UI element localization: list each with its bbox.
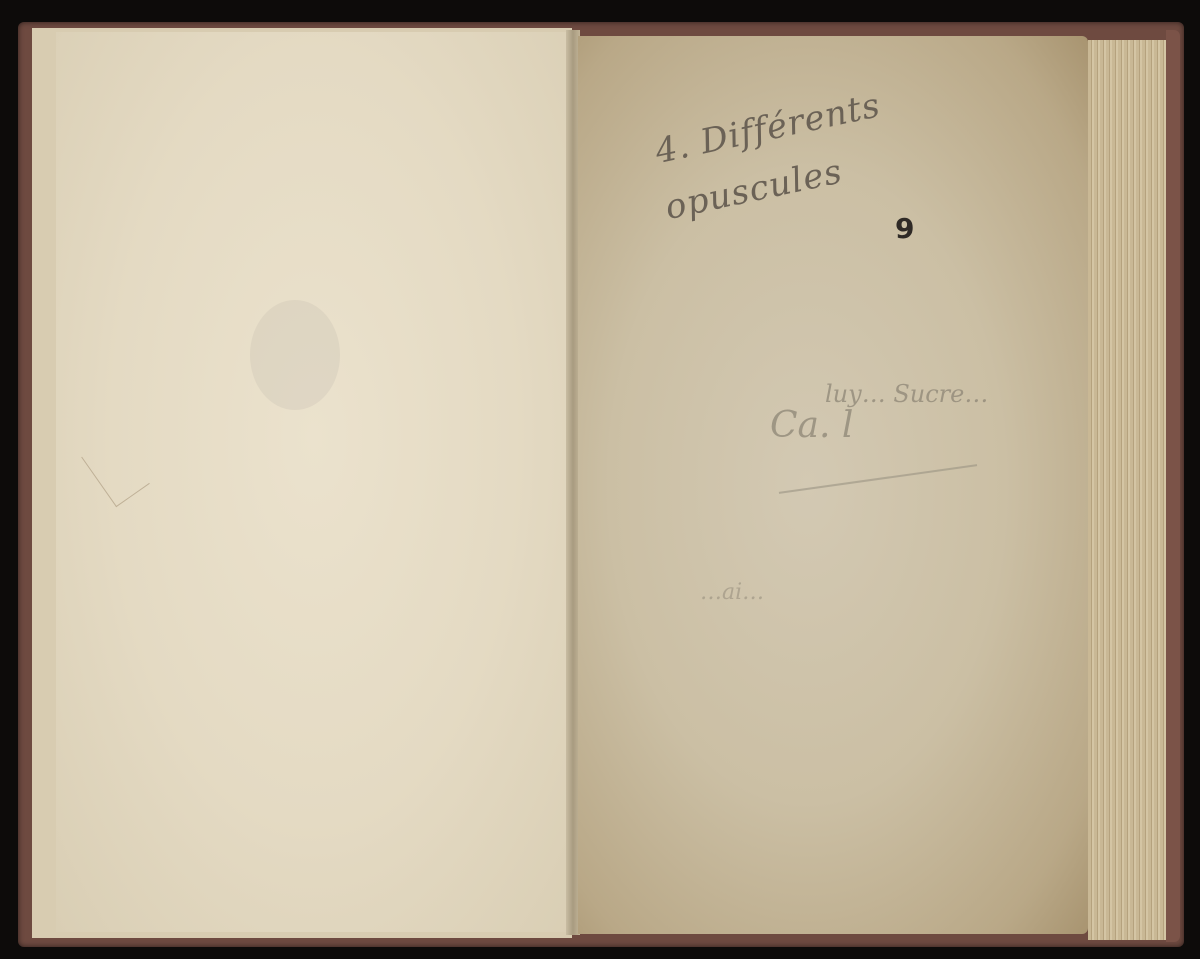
- pencil-note-1: Ca. l: [770, 405, 853, 446]
- paper-stain: [250, 300, 340, 410]
- pencil-note-2: luy… Sucre…: [825, 380, 988, 408]
- page-edges: [1088, 40, 1168, 940]
- ink-mark: 9: [895, 212, 914, 245]
- cover-edge: [1166, 30, 1180, 942]
- pencil-note-3: …ai…: [700, 580, 764, 605]
